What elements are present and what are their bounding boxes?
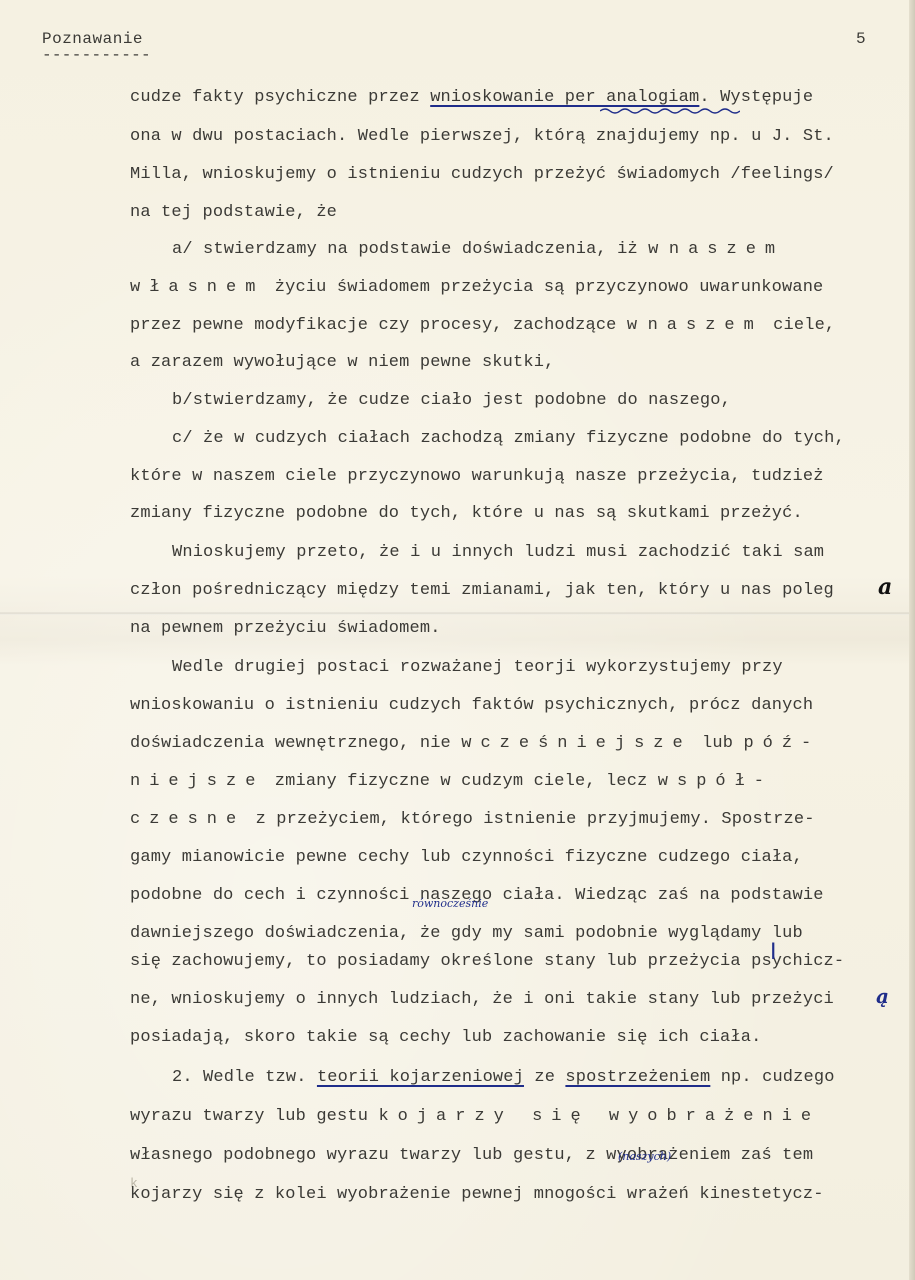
text-line-2: ona w dwu postaciach. Wedle pierwszej, k…: [130, 127, 834, 146]
text-line-5: a/ stwierdzamy na podstawie doświadczeni…: [172, 240, 784, 259]
header-underline-dashes: -----------: [42, 46, 151, 64]
margin-correction-a: a: [878, 574, 892, 600]
paper-fold: [0, 612, 915, 615]
text-line-24: się zachowujemy, to posiadamy określone …: [130, 952, 844, 971]
text-line-12: zmiany fizyczne podobne do tych, które u…: [130, 504, 803, 523]
text-line-23: dawniejszego doświadczenia, że gdy my sa…: [130, 924, 803, 943]
underlined-phrase: teorii kojarzeniowej: [317, 1068, 524, 1087]
underlined-phrase: spostrzeżeniem: [565, 1068, 710, 1087]
text-line-21: gamy mianowicie pewne cechy lub czynnośc…: [130, 848, 803, 867]
text-line-4: na tej podstawie, że: [130, 203, 337, 222]
text-line-30: kojarzy się z kolei wyobrażenie pewnej m…: [130, 1185, 824, 1204]
paper-edge: [909, 0, 915, 1280]
text-line-13: Wnioskujemy przeto, że i u innych ludzi …: [172, 543, 824, 562]
handwritten-insert-rownoczesnie: równocześnie: [412, 897, 488, 910]
margin-correction-a-ogonek: ą: [876, 984, 889, 1008]
page-number: 5: [856, 30, 866, 48]
text-line-27: 2. Wedle tzw. teorii kojarzeniowej ze sp…: [172, 1068, 835, 1087]
text-line-11: które w naszem ciele przyczynowo warunku…: [130, 467, 824, 486]
text-line-9: b/stwierdzamy, że cudze ciało jest podob…: [172, 391, 731, 410]
text-line-10: c/ że w cudzych ciałach zachodzą zmiany …: [172, 429, 845, 448]
text-line-3: Milla, wnioskujemy o istnieniu cudzych p…: [130, 165, 834, 184]
text-line-25: ne, wnioskujemy o innych ludziach, że i …: [130, 990, 834, 1009]
text-line-15: na pewnem przeżyciu świadomem.: [130, 619, 441, 638]
text-line-7: przez pewne modyfikacje czy procesy, zac…: [130, 316, 835, 335]
text-line-29: własnego podobnego wyrazu twarzy lub ges…: [130, 1146, 813, 1165]
text-line-16: Wedle drugiej postaci rozważanej teorji …: [172, 658, 783, 677]
text-line-28: wyrazu twarzy lub gestu kojarzy się wyob…: [130, 1107, 820, 1126]
text-line-17: wnioskowaniu o istnieniu cudzych faktów …: [130, 696, 813, 715]
handwritten-insert-naszych: (naszych): [618, 1150, 671, 1163]
paper-background: [0, 0, 915, 1280]
text-line-8: a zarazem wywołujące w niem pewne skutki…: [130, 353, 554, 372]
text-line-14: człon pośredniczący między temi zmianami…: [130, 581, 834, 600]
insertion-caret-mark: I: [770, 940, 777, 965]
underlined-phrase: wnioskowanie per analogiam: [430, 88, 699, 107]
text-line-1: cudze fakty psychiczne przez wnioskowani…: [130, 88, 813, 107]
text-line-18: doświadczenia wewnętrznego, nie wcześnie…: [130, 734, 820, 753]
wavy-underline-mark: [600, 106, 740, 114]
text-line-26: posiadają, skoro takie są cechy lub zach…: [130, 1028, 761, 1047]
text-line-19: niejsze zmiany fizyczne w cudzym ciele, …: [130, 772, 773, 791]
text-line-6: własnem życiu świadomem przeżycia są prz…: [130, 278, 823, 297]
text-line-20: czesne z przeżyciem, którego istnienie p…: [130, 810, 815, 829]
